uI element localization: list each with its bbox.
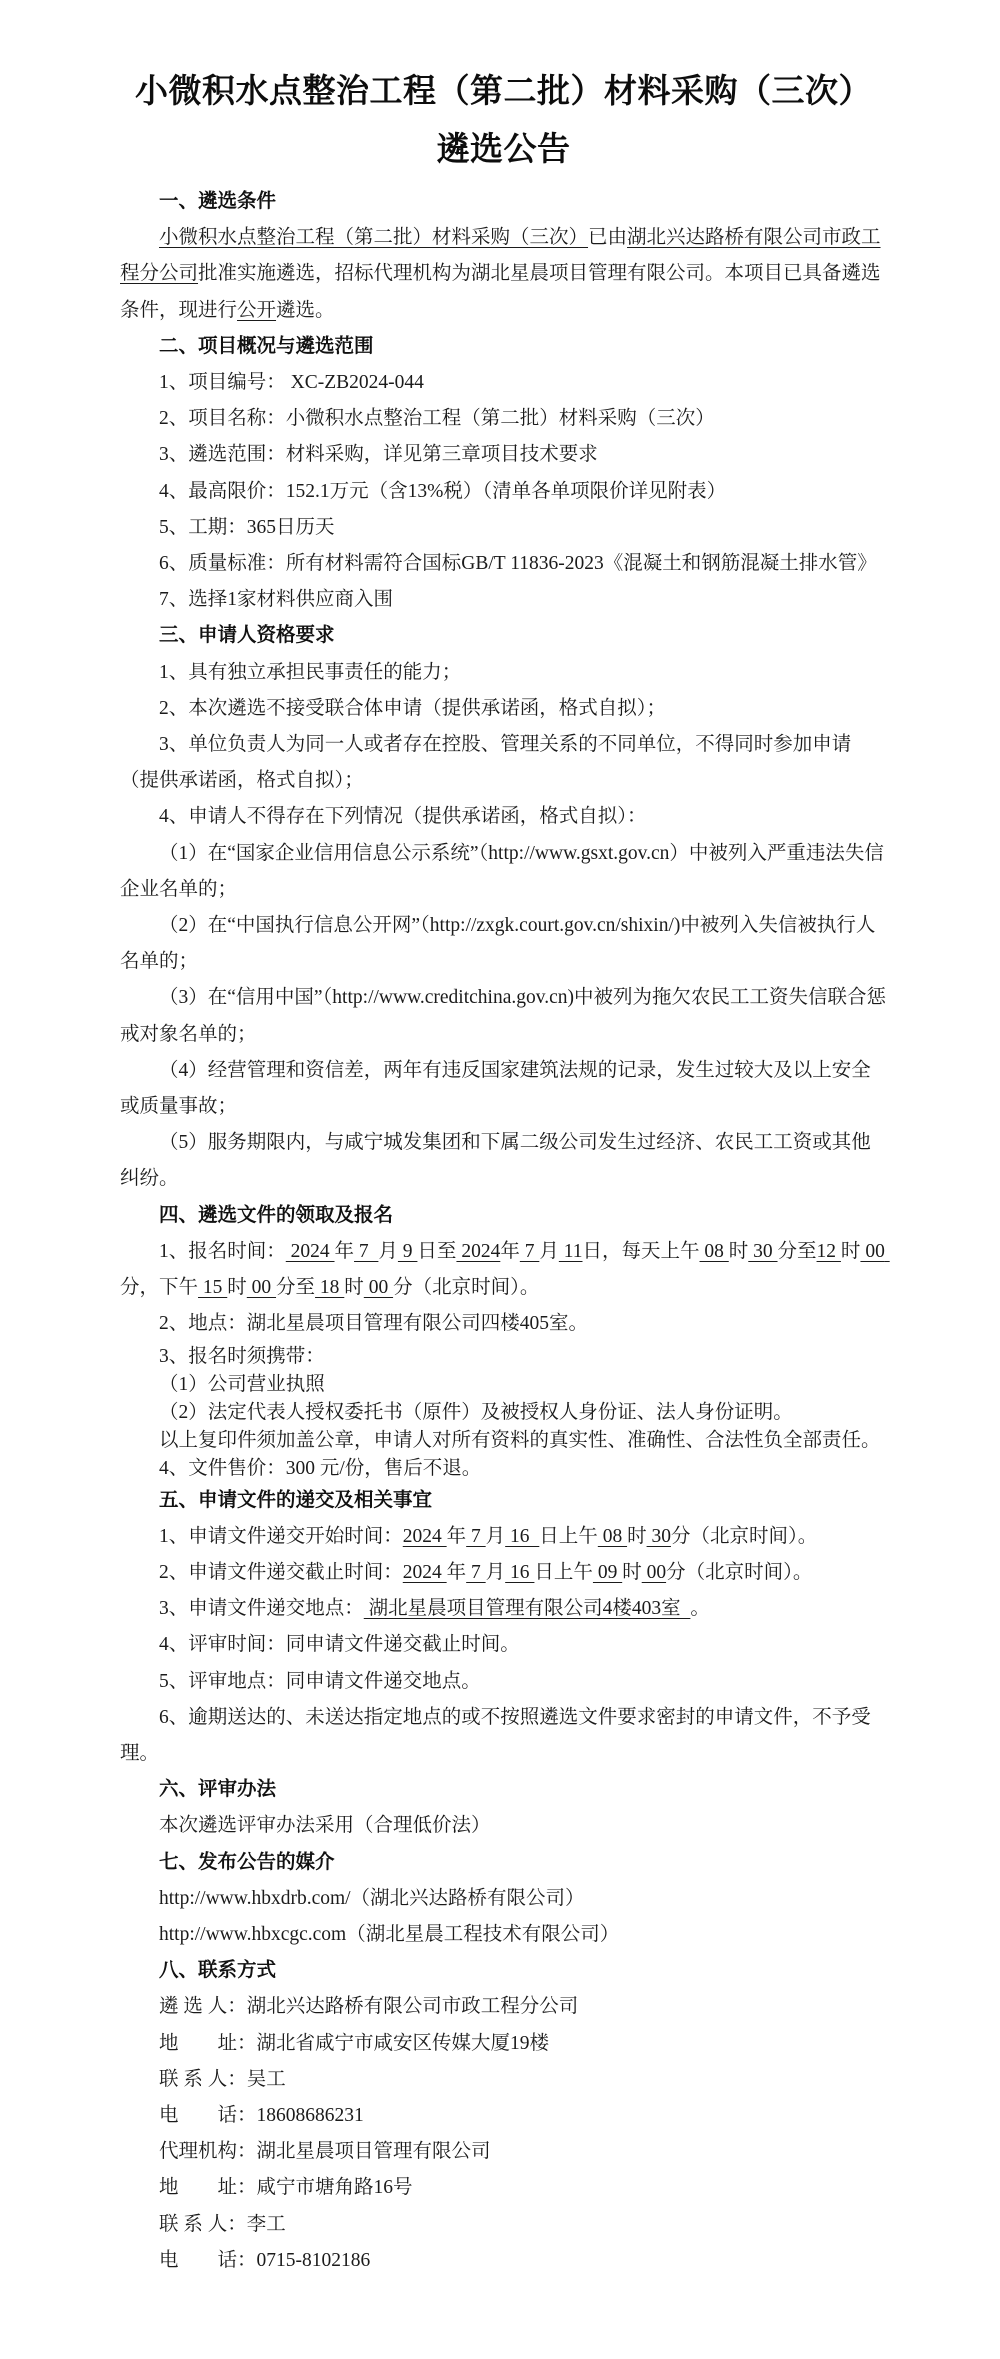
authorization-letter-item: （2）法定代表人授权委托书（原件）及被授权人身份证、法人身份证明。 (120, 1399, 887, 1427)
selector-contact-line: 联 系 人：吴工 (120, 2062, 887, 2098)
document-title: 小微积水点整治工程（第二批）材料采购（三次） 遴选公告 (120, 62, 887, 178)
underlined-text: 16 (505, 1562, 534, 1583)
text-run: 1、具有独立承担民事责任的能力； (159, 662, 461, 683)
document-page: 小微积水点整治工程（第二批）材料采购（三次） 遴选公告 一、遴选条件小微积水点整… (0, 0, 1000, 2359)
text-run: 一、遴选条件 (159, 191, 276, 212)
prohibited-4-management-item: （4）经营管理和资信差，两年有违反国家建筑法规的记录，发生过较大及以上安全或质量… (120, 1053, 887, 1125)
underlined-text: 09 (593, 1562, 622, 1583)
prohibited-3-creditchina-item: （3）在“信用中国”（http://www.creditchina.gov.cn… (120, 980, 887, 1052)
submission-location-item: 3、申请文件递交地点： 湖北星晨项目管理有限公司4楼403室 。 (120, 1591, 887, 1627)
text-run: 地 址：湖北省咸宁市咸安区传媒大厦19楼 (159, 2033, 549, 2054)
quality-standard-item: 6、质量标准：所有材料需符合国标GB/T 11836-2023《混凝土和钢筋混凝… (120, 546, 887, 582)
text-run: 4、申请人不得存在下列情况（提供承诺函，格式自拟）： (159, 806, 647, 827)
media-url-xingda: http://www.hbxdrb.com/（湖北兴达路桥有限公司） (120, 1881, 887, 1917)
text-run: 日，每天上午 (583, 1241, 700, 1262)
text-run: 五、申请文件的递交及相关事宜 (159, 1490, 432, 1511)
project-number-item: 1、项目编号： XC-ZB2024-044 (120, 365, 887, 401)
prohibited-1-gsxt-item: （1）在“国家企业信用信息公示系统”（http://www.gsxt.gov.c… (120, 836, 887, 908)
agency-name-line: 代理机构：湖北星晨项目管理有限公司 (120, 2134, 887, 2170)
text-run: 地 址：咸宁市塘角路16号 (159, 2177, 413, 2198)
text-run: （4）经营管理和资信差，两年有违反国家建筑法规的记录，发生过较大及以上安全或质量… (120, 1060, 871, 1117)
text-run: 时 (622, 1562, 642, 1583)
title-line-2: 遴选公告 (120, 120, 887, 178)
underlined-text: 18 (315, 1277, 344, 1298)
text-run: http://www.hbxdrb.com/（湖北兴达路桥有限公司） (159, 1888, 585, 1909)
document-price-item: 4、文件售价：300 元/份，售后不退。 (120, 1455, 887, 1483)
text-run: 月 (539, 1241, 559, 1262)
text-run: 分至 (778, 1241, 817, 1262)
text-run: 1、申请文件递交开始时间： (159, 1526, 403, 1547)
underlined-text: 9 (398, 1241, 418, 1262)
text-run: 联 系 人：吴工 (159, 2069, 286, 2090)
text-run: 月 (486, 1526, 506, 1547)
underlined-text: 湖北星晨项目管理有限公司4楼403室 (364, 1598, 691, 1619)
registration-time-item: 1、报名时间： 2024 年 7 月 9 日至 2024年 7 月 11日，每天… (120, 1234, 887, 1306)
text-run: 时 (227, 1277, 247, 1298)
underlined-text: 08 (598, 1526, 627, 1547)
text-run: 3、遴选范围：材料采购，详见第三章项目技术要求 (159, 444, 598, 465)
underlined-text: 7 (520, 1241, 540, 1262)
text-run: 三、申请人资格要求 (159, 625, 335, 646)
text-run: 2、申请文件递交截止时间： (159, 1562, 403, 1583)
project-name-item: 2、项目名称：小微积水点整治工程（第二批）材料采购（三次） (120, 401, 887, 437)
text-run: 本次遴选评审办法采用（合理低价法） (159, 1815, 491, 1836)
underlined-text: 15 (198, 1277, 227, 1298)
registration-materials-item: 3、报名时须携带： (120, 1343, 887, 1371)
text-run: 八、联系方式 (159, 1960, 276, 1981)
selector-phone-line: 电 话：18608686231 (120, 2098, 887, 2134)
text-run: （3）在“信用中国”（http://www.creditchina.gov.cn… (120, 987, 886, 1044)
agency-address-line: 地 址：咸宁市塘角路16号 (120, 2170, 887, 2206)
text-run: 六、评审办法 (159, 1779, 276, 1800)
underlined-text: 2024 (286, 1241, 335, 1262)
text-run: 分（北京时间）。 (393, 1277, 539, 1298)
underlined-text: 30 (647, 1526, 671, 1547)
no-consortium-item: 2、本次遴选不接受联合体申请（提供承诺函，格式自拟）； (120, 691, 887, 727)
duration-item: 5、工期：365日历天 (120, 510, 887, 546)
text-run: 5、评审地点：同申请文件递交地点。 (159, 1671, 481, 1692)
review-method-paragraph: 本次遴选评审办法采用（合理低价法） (120, 1808, 887, 1844)
text-run: 时 (344, 1277, 364, 1298)
heading-review-method: 六、评审办法 (120, 1772, 887, 1808)
review-time-item: 4、评审时间：同申请文件递交截止时间。 (120, 1627, 887, 1663)
text-run: 月 (378, 1241, 398, 1262)
underlined-text: 30 (748, 1241, 777, 1262)
underlined-text: 12 (817, 1241, 841, 1262)
underlined-text: 2024 (403, 1526, 447, 1547)
copies-stamp-note: 以上复印件须加盖公章，申请人对所有资料的真实性、准确性、合法性负全部责任。 (120, 1427, 887, 1455)
prohibited-2-zxgk-item: （2）在“中国执行信息公开网”（http://zxgk.court.gov.cn… (120, 908, 887, 980)
text-run: 七、发布公告的媒介 (159, 1852, 335, 1873)
title-line-1: 小微积水点整治工程（第二批）材料采购（三次） (120, 62, 887, 120)
submission-start-time-item: 1、申请文件递交开始时间：2024 年 7 月 16 日上午 08 时 30分（… (120, 1519, 887, 1555)
selection-conditions-paragraph: 小微积水点整治工程（第二批）材料采购（三次）已由湖北兴达路桥有限公司市政工程分公… (120, 220, 887, 329)
review-location-item: 5、评审地点：同申请文件递交地点。 (120, 1664, 887, 1700)
text-run: （2）法定代表人授权委托书（原件）及被授权人身份证、法人身份证明。 (159, 1402, 793, 1423)
text-run: 时 (729, 1241, 749, 1262)
text-run: 日至 (417, 1241, 456, 1262)
text-run: 二、项目概况与遴选范围 (159, 336, 374, 357)
text-run: 电 话：0715-8102186 (159, 2250, 370, 2271)
selector-name-line: 遴 选 人：湖北兴达路桥有限公司市政工程分公司 (120, 1989, 887, 2025)
underlined-text: 公开 (237, 300, 276, 321)
text-run: 已由 (588, 227, 627, 248)
text-run: 分（北京时间）。 (671, 1526, 817, 1547)
underlined-text: 00 (642, 1562, 666, 1583)
text-run: 年 (500, 1241, 520, 1262)
heading-selection-conditions: 一、遴选条件 (120, 184, 887, 220)
text-run: 代理机构：湖北星晨项目管理有限公司 (159, 2141, 491, 2162)
media-url-xingchen: http://www.hbxcgc.com（湖北星晨工程技术有限公司） (120, 1917, 887, 1953)
business-license-item: （1）公司营业执照 (120, 1371, 887, 1399)
text-run: 4、评审时间：同申请文件递交截止时间。 (159, 1634, 520, 1655)
same-controller-item: 3、单位负责人为同一人或者存在控股、管理关系的不同单位，不得同时参加申请（提供承… (120, 727, 887, 799)
heading-project-overview: 二、项目概况与遴选范围 (120, 329, 887, 365)
underlined-text: 00 (247, 1277, 276, 1298)
text-run: 2、本次遴选不接受联合体申请（提供承诺函，格式自拟）； (159, 698, 666, 719)
heading-applicant-qualifications: 三、申请人资格要求 (120, 618, 887, 654)
underlined-text: 08 (700, 1241, 729, 1262)
text-run: （1）在“国家企业信用信息公示系统”（http://www.gsxt.gov.c… (120, 843, 884, 900)
underlined-text: 7 (354, 1241, 378, 1262)
text-run: 4、最高限价：152.1万元（含13%税）（清单各单项限价详见附表） (159, 481, 726, 502)
text-run: 遴选。 (276, 300, 335, 321)
text-run: 年 (447, 1526, 467, 1547)
text-run: 联 系 人：李工 (159, 2214, 286, 2235)
text-run: 6、逾期送达的、未送达指定地点的或不按照遴选文件要求密封的申请文件，不予受理。 (120, 1707, 871, 1764)
text-run: 年 (335, 1241, 355, 1262)
winner-count-item: 7、选择1家材料供应商入围 (120, 582, 887, 618)
underlined-text: 11 (559, 1241, 583, 1262)
text-run: 年 (447, 1562, 467, 1583)
underlined-text: 7 (466, 1562, 486, 1583)
text-run: 7、选择1家材料供应商入围 (159, 589, 393, 610)
text-run: 以上复印件须加盖公章，申请人对所有资料的真实性、准确性、合法性负全部责任。 (159, 1430, 881, 1451)
text-run: 日上午 (534, 1562, 593, 1583)
text-run: 3、报名时须携带： (159, 1346, 325, 1367)
civil-liability-item: 1、具有独立承担民事责任的能力； (120, 655, 887, 691)
text-run: 电 话：18608686231 (159, 2105, 364, 2126)
agency-contact-line: 联 系 人：李工 (120, 2207, 887, 2243)
text-run: 3、单位负责人为同一人或者存在控股、管理关系的不同单位，不得同时参加申请（提供承… (120, 734, 851, 791)
text-run: 5、工期：365日历天 (159, 517, 335, 538)
text-run: 时 (627, 1526, 647, 1547)
submission-deadline-item: 2、申请文件递交截止时间：2024 年 7 月 16 日上午 09 时 00分（… (120, 1555, 887, 1591)
underlined-text: 2024 (403, 1562, 447, 1583)
underlined-text: 00 (364, 1277, 393, 1298)
text-run: 6、质量标准：所有材料需符合国标GB/T 11836-2023《混凝土和钢筋混凝… (159, 553, 877, 574)
text-run: 时 (841, 1241, 861, 1262)
text-run: 2、项目名称：小微积水点整治工程（第二批）材料采购（三次） (159, 408, 715, 429)
underlined-text: 16 (505, 1526, 539, 1547)
heading-document-submission: 五、申请文件的递交及相关事宜 (120, 1483, 887, 1519)
underlined-text: 00 (860, 1241, 889, 1262)
text-run: 批准实施遴选，招标代理机构为湖北星晨项目管理有限公司。本项目已具备遴选条件，现进… (120, 263, 881, 320)
text-run: 4、文件售价：300 元/份，售后不退。 (159, 1458, 481, 1479)
heading-contact-info: 八、联系方式 (120, 1953, 887, 1989)
text-run: 3、申请文件递交地点： (159, 1598, 364, 1619)
price-ceiling-item: 4、最高限价：152.1万元（含13%税）（清单各单项限价详见附表） (120, 474, 887, 510)
text-run: （1）公司营业执照 (159, 1374, 325, 1395)
underlined-text: 小微积水点整治工程（第二批）材料采购（三次） (159, 227, 588, 248)
text-run: （5）服务期限内，与咸宁城发集团和下属二级公司发生过经济、农民工工资或其他纠纷。 (120, 1132, 871, 1189)
prohibited-situations-item: 4、申请人不得存在下列情况（提供承诺函，格式自拟）： (120, 799, 887, 835)
text-run: 1、项目编号： XC-ZB2024-044 (159, 372, 424, 393)
selector-address-line: 地 址：湖北省咸宁市咸安区传媒大厦19楼 (120, 2026, 887, 2062)
text-run: 1、报名时间： (159, 1241, 286, 1262)
text-run: 四、遴选文件的领取及报名 (159, 1205, 393, 1226)
prohibited-5-disputes-item: （5）服务期限内，与咸宁城发集团和下属二级公司发生过经济、农民工工资或其他纠纷。 (120, 1125, 887, 1197)
heading-document-collection: 四、遴选文件的领取及报名 (120, 1198, 887, 1234)
text-run: 月 (486, 1562, 506, 1583)
agency-phone-line: 电 话：0715-8102186 (120, 2243, 887, 2279)
text-run: 。 (690, 1598, 710, 1619)
text-run: http://www.hbxcgc.com（湖北星晨工程技术有限公司） (159, 1924, 619, 1945)
registration-location-item: 2、地点：湖北星晨项目管理有限公司四楼405室。 (120, 1306, 887, 1342)
text-run: 分（北京时间）。 (666, 1562, 812, 1583)
document-body: 一、遴选条件小微积水点整治工程（第二批）材料采购（三次）已由湖北兴达路桥有限公司… (120, 184, 887, 2279)
late-submission-item: 6、逾期送达的、未送达指定地点的或不按照遴选文件要求密封的申请文件，不予受理。 (120, 1700, 887, 1772)
heading-announcement-media: 七、发布公告的媒介 (120, 1845, 887, 1881)
text-run: 分，下午 (120, 1277, 198, 1298)
text-run: 遴 选 人：湖北兴达路桥有限公司市政工程分公司 (159, 1996, 578, 2017)
text-run: （2）在“中国执行信息公开网”（http://zxgk.court.gov.cn… (120, 915, 875, 972)
underlined-text: 2024 (456, 1241, 500, 1262)
selection-scope-item: 3、遴选范围：材料采购，详见第三章项目技术要求 (120, 437, 887, 473)
text-run: 2、地点：湖北星晨项目管理有限公司四楼405室。 (159, 1313, 588, 1334)
underlined-text: 7 (466, 1526, 486, 1547)
text-run: 分至 (276, 1277, 315, 1298)
text-run: 日上午 (539, 1526, 598, 1547)
